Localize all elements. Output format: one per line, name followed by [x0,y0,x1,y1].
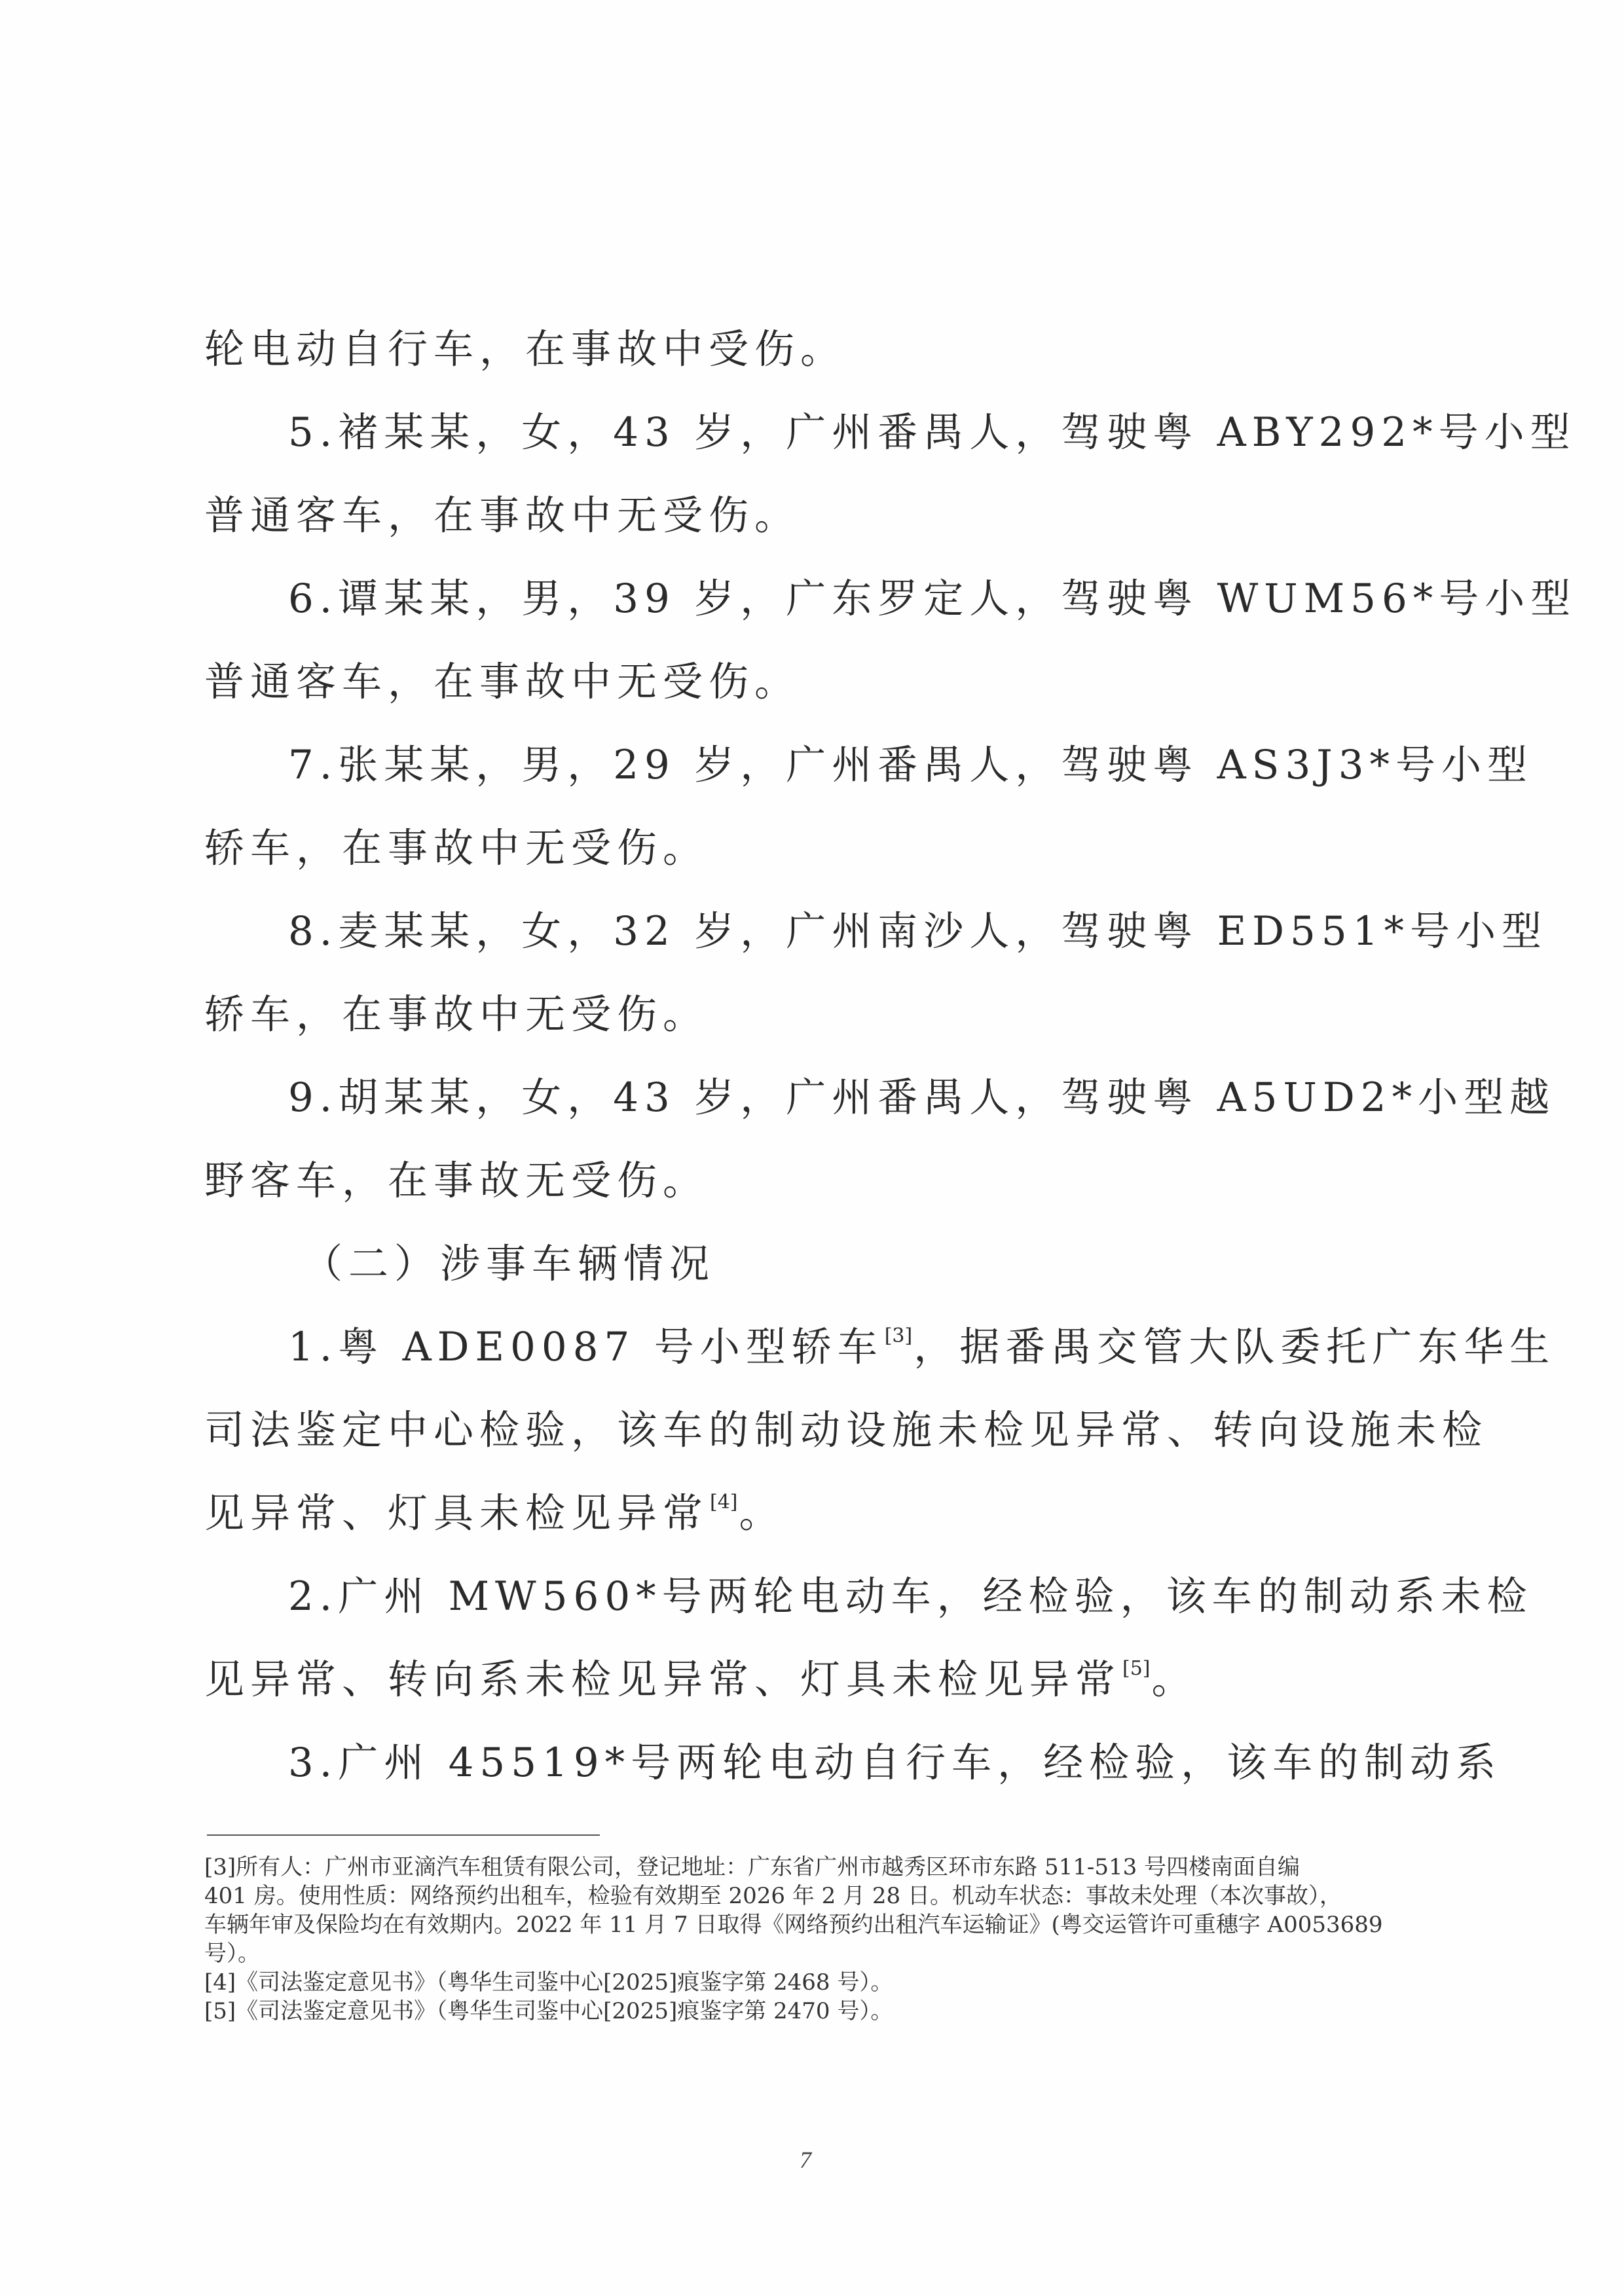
period: 。 [739,1490,785,1537]
footnote-3: [3]所有人：广州市亚滴汽车租赁有限公司，登记地址：广东省广州市越秀区环市东路 … [204,1853,1435,1968]
vehicle-1-text-end: 见异常、灯具未检见异常 [204,1490,709,1537]
person-7-line: 7.张某某，男，29 岁，广州番禺人，驾驶粤 AS3J3*号小型 [204,723,1422,807]
section-heading: （二）涉事车辆情况 [204,1222,1422,1305]
footnote-line: [4]《司法鉴定意见书》（粤华生司鉴中心[2025]痕鉴字第 2468 号）。 [204,1968,1435,1997]
footnote-ref-3[interactable]: [3] [885,1324,913,1347]
person-5-line: 5.褚某某，女，43 岁，广州番禺人，驾驶粤 ABY292*号小型 [204,391,1422,474]
document-page: 轮电动自行车，在事故中受伤。 5.褚某某，女，43 岁，广州番禺人，驾驶粤 AB… [0,0,1624,2296]
vehicle-1-text-cont: ，据番禺交管大队委托广东华生 [913,1324,1555,1370]
vehicle-1-text: 1.粤 ADE0087 号小型轿车 [288,1324,883,1370]
footnote-ref-5[interactable]: [5] [1122,1657,1151,1680]
body-line: 轮电动自行车，在事故中受伤。 [204,308,1422,391]
footnote-line: 401 房。使用性质：网络预约出租车，检验有效期至 2026 年 2 月 28 … [204,1882,1435,1910]
footnote-4: [4]《司法鉴定意见书》（粤华生司鉴中心[2025]痕鉴字第 2468 号）。 [204,1968,1435,1997]
footnote-line: [5]《司法鉴定意见书》（粤华生司鉴中心[2025]痕鉴字第 2470 号）。 [204,1997,1435,2026]
body-line: 轿车，在事故中无受伤。 [204,973,1422,1056]
footnote-line: 车辆年审及保险均在有效期内。2022 年 11 月 7 日取得《网络预约出租汽车… [204,1910,1435,1939]
vehicle-3-line: 3.广州 45519*号两轮电动自行车，经检验，该车的制动系 [204,1721,1422,1804]
vehicle-1-line: 1.粤 ADE0087 号小型轿车[3]，据番禺交管大队委托广东华生 [204,1305,1422,1389]
footnote-line: [3]所有人：广州市亚滴汽车租赁有限公司，登记地址：广东省广州市越秀区环市东路 … [204,1853,1435,1882]
body-line: 见异常、灯具未检见异常[4]。 [204,1472,1422,1555]
period: 。 [1152,1656,1198,1703]
body-line: 普通客车，在事故中无受伤。 [204,474,1422,557]
vehicle-2-line: 2.广州 MW560*号两轮电动车，经检验，该车的制动系未检 [204,1555,1422,1638]
body-line: 司法鉴定中心检验，该车的制动设施未检见异常、转向设施未检 [204,1389,1422,1472]
footnote-5: [5]《司法鉴定意见书》（粤华生司鉴中心[2025]痕鉴字第 2470 号）。 [204,1997,1435,2026]
footnote-separator [207,1834,600,1836]
body-line: 见异常、转向系未检见异常、灯具未检见异常[5]。 [204,1638,1422,1721]
vehicle-2-text-end: 见异常、转向系未检见异常、灯具未检见异常 [204,1656,1121,1703]
body-line: 普通客车，在事故中无受伤。 [204,640,1422,723]
footnotes: [3]所有人：广州市亚滴汽车租赁有限公司，登记地址：广东省广州市越秀区环市东路 … [204,1853,1435,2026]
body-text: 轮电动自行车，在事故中受伤。 5.褚某某，女，43 岁，广州番禺人，驾驶粤 AB… [204,308,1422,1804]
body-line: 轿车，在事故中无受伤。 [204,807,1422,890]
footnote-ref-4[interactable]: [4] [710,1491,738,1514]
page-number: 7 [792,2146,819,2174]
person-8-line: 8.麦某某，女，32 岁，广州南沙人，驾驶粤 ED551*号小型 [204,890,1422,973]
body-line: 野客车，在事故无受伤。 [204,1139,1422,1222]
footnote-line: 号）。 [204,1939,1435,1968]
person-9-line: 9.胡某某，女，43 岁，广州番禺人，驾驶粤 A5UD2*小型越 [204,1056,1422,1139]
person-6-line: 6.谭某某，男，39 岁，广东罗定人，驾驶粤 WUM56*号小型 [204,557,1422,640]
